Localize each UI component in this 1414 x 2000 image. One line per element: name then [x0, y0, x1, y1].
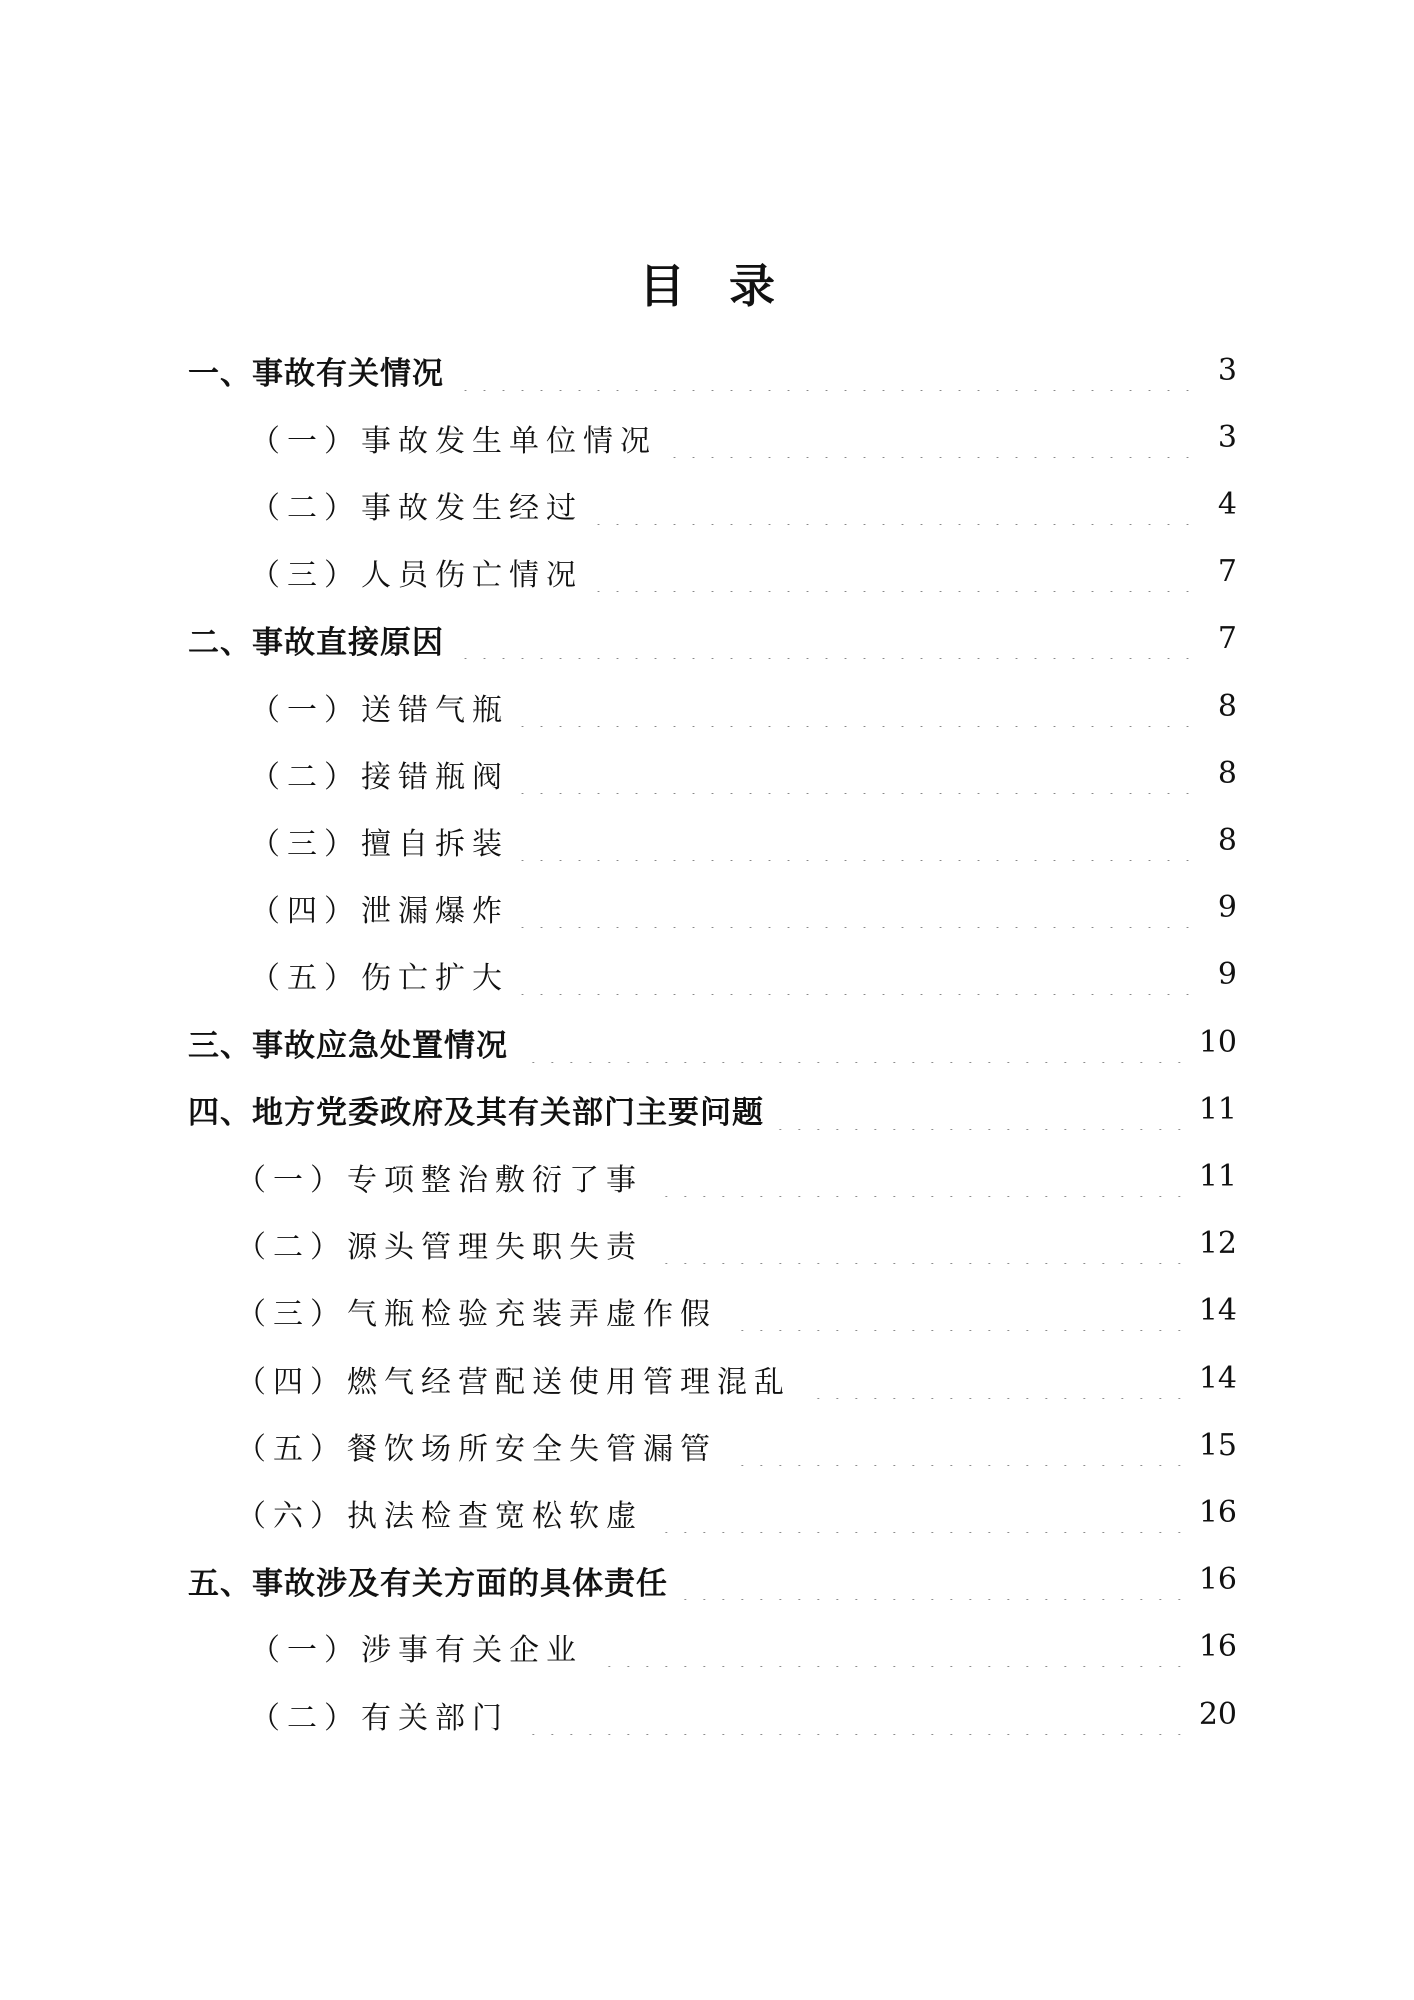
toc-entry-label: （二）有关部门 [250, 1693, 509, 1737]
toc-entry-label: （一）事故发生单位情况 [250, 416, 657, 460]
toc-entry-page-number: 16 [1199, 1493, 1237, 1533]
dot-leader [519, 888, 1197, 928]
toc-entry-page-number: 16 [1199, 1627, 1237, 1667]
toc-entry[interactable]: 一、事故有关情况3 [0, 337, 1414, 404]
page-title: 目录 [0, 258, 1414, 314]
toc-entry-page-number: 20 [1199, 1695, 1237, 1735]
document-page: 目录 一、事故有关情况3（一）事故发生单位情况3（二）事故发生经过4（三）人员伤… [0, 0, 1414, 2000]
toc-entry[interactable]: （二）事故发生经过4 [0, 471, 1414, 538]
toc-entry[interactable]: （五）餐饮场所安全失管漏管15 [0, 1412, 1414, 1479]
dot-leader [653, 1157, 1189, 1197]
toc-entry-label: （三）擅自拆装 [250, 819, 509, 863]
toc-entry[interactable]: （五）伤亡扩大9 [0, 942, 1414, 1009]
toc-entry-label: （六）执法检查宽松软虚 [236, 1491, 643, 1535]
toc-entry[interactable]: （二）源头管理失职失责12 [0, 1211, 1414, 1278]
toc-entry[interactable]: （四）泄漏爆炸9 [0, 875, 1414, 942]
toc-entry[interactable]: （一）事故发生单位情况3 [0, 404, 1414, 471]
dot-leader [519, 821, 1197, 861]
toc-entry-page-number: 10 [1199, 1023, 1237, 1063]
toc-entry-page-number: 8 [1207, 821, 1237, 861]
dot-leader [454, 351, 1197, 391]
toc-entry-label: （三）人员伤亡情况 [250, 550, 583, 594]
toc-entry-page-number: 15 [1199, 1426, 1237, 1466]
toc-entry-page-number: 4 [1207, 485, 1237, 525]
toc-entry-page-number: 14 [1199, 1359, 1237, 1399]
toc-entry-page-number: 14 [1199, 1291, 1237, 1331]
toc-entry-page-number: 11 [1199, 1157, 1237, 1197]
dot-leader [519, 754, 1197, 794]
toc-entry[interactable]: 三、事故应急处置情况10 [0, 1009, 1414, 1076]
toc-entry-label: （四）泄漏爆炸 [250, 886, 509, 930]
toc-entry[interactable]: （一）专项整治敷衍了事11 [0, 1143, 1414, 1210]
toc-entry-label: （五）伤亡扩大 [250, 953, 509, 997]
toc-entry-page-number: 8 [1207, 754, 1237, 794]
toc-entry-page-number: 7 [1207, 619, 1237, 659]
toc-entry-label: 一、事故有关情况 [188, 348, 444, 393]
toc-entry-label: 三、事故应急处置情况 [188, 1020, 508, 1065]
toc-entry[interactable]: （三）气瓶检验充装弄虚作假14 [0, 1278, 1414, 1345]
toc-entry-label: （二）接错瓶阀 [250, 752, 509, 796]
toc-entry[interactable]: 四、地方党委政府及其有关部门主要问题11 [0, 1076, 1414, 1143]
dot-leader [678, 1560, 1189, 1600]
dot-leader [519, 687, 1197, 727]
dot-leader [518, 1023, 1189, 1063]
toc-entry-label: 二、事故直接原因 [188, 617, 444, 662]
dot-leader [801, 1359, 1189, 1399]
toc-entry[interactable]: （三）人员伤亡情况7 [0, 539, 1414, 606]
toc-entry-page-number: 3 [1207, 351, 1237, 391]
toc-entry-label: 五、事故涉及有关方面的具体责任 [188, 1558, 668, 1603]
dot-leader [727, 1426, 1189, 1466]
toc-entry-page-number: 3 [1207, 418, 1237, 458]
toc-entry-page-number: 7 [1207, 552, 1237, 592]
toc-entry-label: （二）事故发生经过 [250, 483, 583, 527]
dot-leader [653, 1493, 1189, 1533]
toc-entry[interactable]: （一）送错气瓶8 [0, 673, 1414, 740]
dot-leader [519, 1695, 1189, 1735]
dot-leader [593, 1627, 1189, 1667]
toc-entry[interactable]: （六）执法检查宽松软虚16 [0, 1479, 1414, 1546]
toc-entry-page-number: 9 [1207, 888, 1237, 928]
toc-entry[interactable]: （三）擅自拆装8 [0, 807, 1414, 874]
toc-entry[interactable]: 二、事故直接原因7 [0, 606, 1414, 673]
dot-leader [667, 418, 1197, 458]
toc-entry-page-number: 9 [1207, 955, 1237, 995]
toc-entry-label: （二）源头管理失职失责 [236, 1222, 643, 1266]
dot-leader [593, 552, 1197, 592]
dot-leader [727, 1291, 1189, 1331]
toc-entry-page-number: 11 [1199, 1090, 1237, 1130]
toc-entry[interactable]: （四）燃气经营配送使用管理混乱14 [0, 1345, 1414, 1412]
toc-entry-page-number: 8 [1207, 687, 1237, 727]
toc-entry-page-number: 12 [1199, 1224, 1237, 1264]
toc-entry[interactable]: （二）接错瓶阀8 [0, 740, 1414, 807]
toc-entry-label: （三）气瓶检验充装弄虚作假 [236, 1289, 717, 1333]
toc-entry[interactable]: 五、事故涉及有关方面的具体责任16 [0, 1547, 1414, 1614]
toc-entry-label: 四、地方党委政府及其有关部门主要问题 [188, 1087, 764, 1132]
dot-leader [454, 619, 1197, 659]
toc-entry[interactable]: （一）涉事有关企业16 [0, 1614, 1414, 1681]
toc-entry-label: （一）涉事有关企业 [250, 1625, 583, 1669]
dot-leader [519, 955, 1197, 995]
dot-leader [653, 1224, 1189, 1264]
dot-leader [774, 1090, 1189, 1130]
toc-entry-label: （一）送错气瓶 [250, 685, 509, 729]
toc-entry-page-number: 16 [1199, 1560, 1237, 1600]
dot-leader [593, 485, 1197, 525]
toc-entry-label: （五）餐饮场所安全失管漏管 [236, 1424, 717, 1468]
toc-entry-label: （四）燃气经营配送使用管理混乱 [236, 1357, 791, 1401]
toc-entry-label: （一）专项整治敷衍了事 [236, 1155, 643, 1199]
toc-entry[interactable]: （二）有关部门20 [0, 1681, 1414, 1748]
